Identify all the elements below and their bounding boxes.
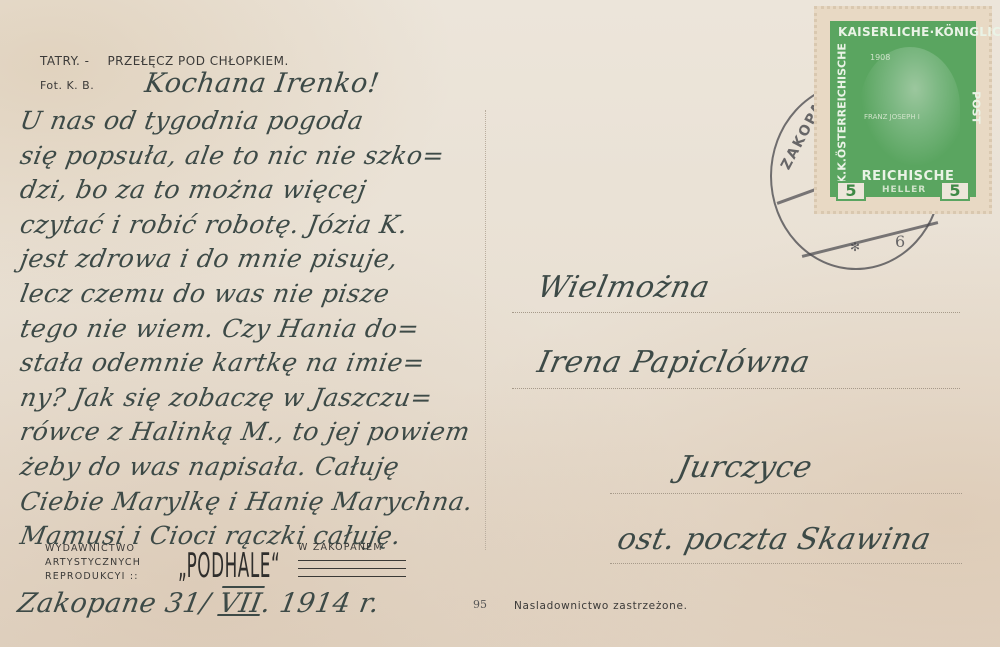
message-line: żeby do was napisała. Całuję <box>18 452 402 481</box>
message-line: ny? Jak się zobaczę w Jaszczu= <box>18 383 435 412</box>
postmark-star-icon: ✻ <box>850 240 860 254</box>
message-line: stała odemnie kartkę na imie= <box>18 348 427 377</box>
stamp-portrait-name: FRANZ JOSEPH I <box>864 113 920 122</box>
center-divider <box>485 110 486 550</box>
title-place: PRZEŁĘCZ POD CHŁOPKIEM. <box>107 54 288 68</box>
stamp-top-text: KAISERLICHE·KÖNIGLICHE <box>838 25 978 39</box>
greeting: Kochana Irenko! <box>143 68 382 99</box>
publisher-left: WYDAWNICTWO ARTYSTYCZNYCH REPRODUKCYI :: <box>45 542 141 584</box>
address-rule <box>610 493 962 494</box>
message-line: dzi, bo za to można więcej <box>18 175 369 204</box>
stamp-right-text: POST <box>970 38 983 178</box>
stamp-left-text: K.K.ÖSTERREICHISCHE <box>836 44 849 184</box>
postmark-number: 6 <box>895 232 905 251</box>
postmark-bar <box>802 221 939 258</box>
stamp-value-right: 5 <box>940 181 970 201</box>
address-rule <box>512 312 960 313</box>
stamp-year: 1908 <box>870 53 890 62</box>
publisher-rules <box>298 560 406 584</box>
printed-title: TATRY. -PRZEŁĘCZ POD CHŁOPKIEM. <box>40 54 289 68</box>
address-rule <box>512 388 960 389</box>
publisher-name: „PODHALE“ <box>178 546 280 586</box>
publisher-city: W ZAKOPANEM <box>298 542 383 553</box>
address-line-name: Irena Papiclówna <box>534 345 813 380</box>
message-line: rówce z Halinką M., to jej powiem <box>18 417 472 446</box>
rights-notice: Nasladownictwo zastrzeżone. <box>514 600 688 612</box>
date-line: Zakopane 31/ VII. 1914 r. <box>15 588 382 619</box>
emperor-portrait-icon <box>860 47 960 167</box>
message-line: tego nie wiem. Czy Hania do= <box>18 314 422 343</box>
postage-stamp: KAISERLICHE·KÖNIGLICHE K.K.ÖSTERREICHISC… <box>814 6 992 214</box>
address-rule <box>610 563 962 564</box>
publisher-line: WYDAWNICTWO <box>45 542 141 556</box>
date-year: . 1914 r. <box>259 588 382 619</box>
message-line: się popsuła, ale to nic nie szko= <box>18 141 447 170</box>
title-region: TATRY. - <box>40 54 89 68</box>
photo-credit: Fot. K. B. <box>40 79 94 92</box>
message-line: jest zdrowa i do mnie pisuje, <box>18 244 400 273</box>
publisher-line: ARTYSTYCZNYCH <box>45 556 141 570</box>
address-line-post: ost. poczta Skawina <box>614 522 934 557</box>
date-day: 31/ <box>163 588 213 619</box>
address-line-honorific: Wielmożna <box>534 270 713 305</box>
postcard-back: TATRY. -PRZEŁĘCZ POD CHŁOPKIEM. Fot. K. … <box>0 0 1000 647</box>
publisher-line: REPRODUKCYI :: <box>45 570 141 584</box>
date-place: Zakopane <box>15 588 159 619</box>
stamp-value-left: 5 <box>836 181 866 201</box>
message-line: czytać i robić robotę. Józia K. <box>18 210 410 239</box>
stamp-face: KAISERLICHE·KÖNIGLICHE K.K.ÖSTERREICHISC… <box>830 21 976 197</box>
message-line: lecz czemu do was nie pisze <box>18 279 392 308</box>
stamp-unit: HELLER <box>882 185 926 195</box>
date-month: VII <box>217 588 265 619</box>
message-line: Ciebie Marylkę i Hanię Marychna. <box>18 487 475 516</box>
card-number: 95 <box>473 598 487 611</box>
address-line-village: Jurczyce <box>674 450 815 485</box>
message-line: U nas od tygodnia pogoda <box>18 106 366 135</box>
